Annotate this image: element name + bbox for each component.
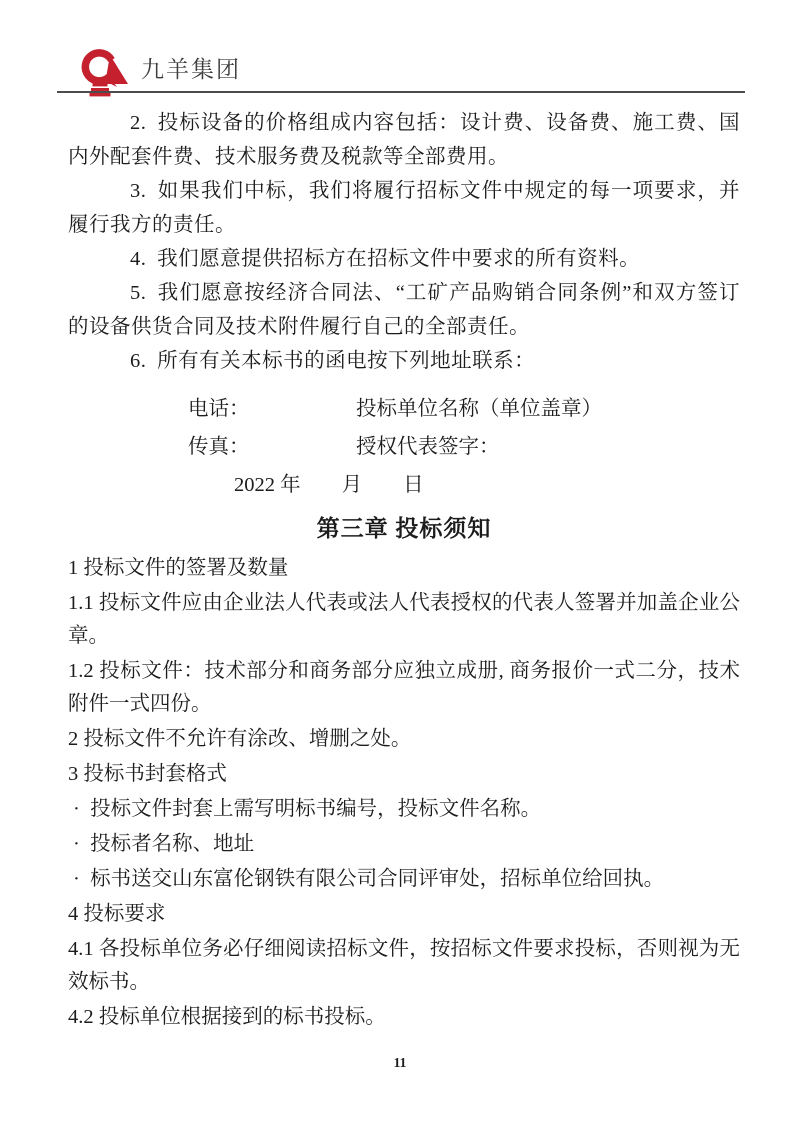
bullet-item: · 投标者名称、地址 — [68, 828, 740, 861]
header-divider — [57, 91, 745, 93]
section-1-1: 1.1 投标文件应由企业法人代表或法人代表授权的代表人签署并加盖企业公章。 — [68, 587, 740, 653]
company-logo-icon — [74, 42, 132, 98]
signature-label: 授权代表签字： — [356, 428, 500, 466]
date-line: 2022 年 月 日 — [234, 466, 740, 504]
page-footer: 11 — [0, 1054, 800, 1072]
phone-label: 电话： — [188, 390, 356, 428]
section-1-heading: 1 投标文件的签署及数量 — [68, 552, 740, 585]
section-4-heading: 4 投标要求 — [68, 898, 740, 931]
contact-row-phone: 电话： 投标单位名称（单位盖章） — [188, 390, 740, 428]
intro-item-2: 2. 投标设备的价格组成内容包括：设计费、设备费、施工费、国内外配套件费、技术服… — [68, 106, 740, 174]
bullet-item: · 投标文件封套上需写明标书编号，投标文件名称。 — [68, 793, 740, 826]
page-header: 九羊集团 — [74, 42, 241, 98]
bullet-item: · 标书送交山东富伦钢铁有限公司合同评审处，招标单位给回执。 — [68, 863, 740, 896]
intro-item-6: 6. 所有有关本标书的函电按下列地址联系： — [68, 344, 740, 378]
bidder-unit-name: 投标单位名称（单位盖章） — [356, 390, 602, 428]
section-2: 2 投标文件不允许有涂改、增删之处。 — [68, 723, 740, 756]
section-1-2: 1.2 投标文件：技术部分和商务部分应独立成册, 商务报价一式二分，技术附件一式… — [68, 655, 740, 721]
page-number: 11 — [394, 1055, 407, 1070]
section-3-heading: 3 投标书封套格式 — [68, 758, 740, 791]
company-name: 九羊集团 — [141, 51, 241, 84]
intro-item-5: 5. 我们愿意按经济合同法、“工矿产品购销合同条例”和双方签订的设备供货合同及技… — [68, 276, 740, 344]
intro-item-3: 3. 如果我们中标，我们将履行招标文件中规定的每一项要求，并履行我方的责任。 — [68, 174, 740, 242]
chapter-title: 第三章 投标须知 — [68, 513, 740, 545]
contact-row-fax: 传真： 授权代表签字： — [188, 428, 740, 466]
document-page: 九羊集团 2. 投标设备的价格组成内容包括：设计费、设备费、施工费、国内外配套件… — [0, 0, 800, 1131]
contact-block: 电话： 投标单位名称（单位盖章） 传真： 授权代表签字： 2022 年 月 日 — [188, 390, 740, 504]
intro-item-4: 4. 我们愿意提供招标方在招标文件中要求的所有资料。 — [68, 242, 740, 276]
document-body: 2. 投标设备的价格组成内容包括：设计费、设备费、施工费、国内外配套件费、技术服… — [68, 106, 740, 1036]
section-4-2: 4.2 投标单位根据接到的标书投标。 — [68, 1001, 740, 1034]
fax-label: 传真： — [188, 428, 356, 466]
section-4-1: 4.1 各投标单位务必仔细阅读招标文件，按招标文件要求投标，否则视为无效标书。 — [68, 933, 740, 999]
